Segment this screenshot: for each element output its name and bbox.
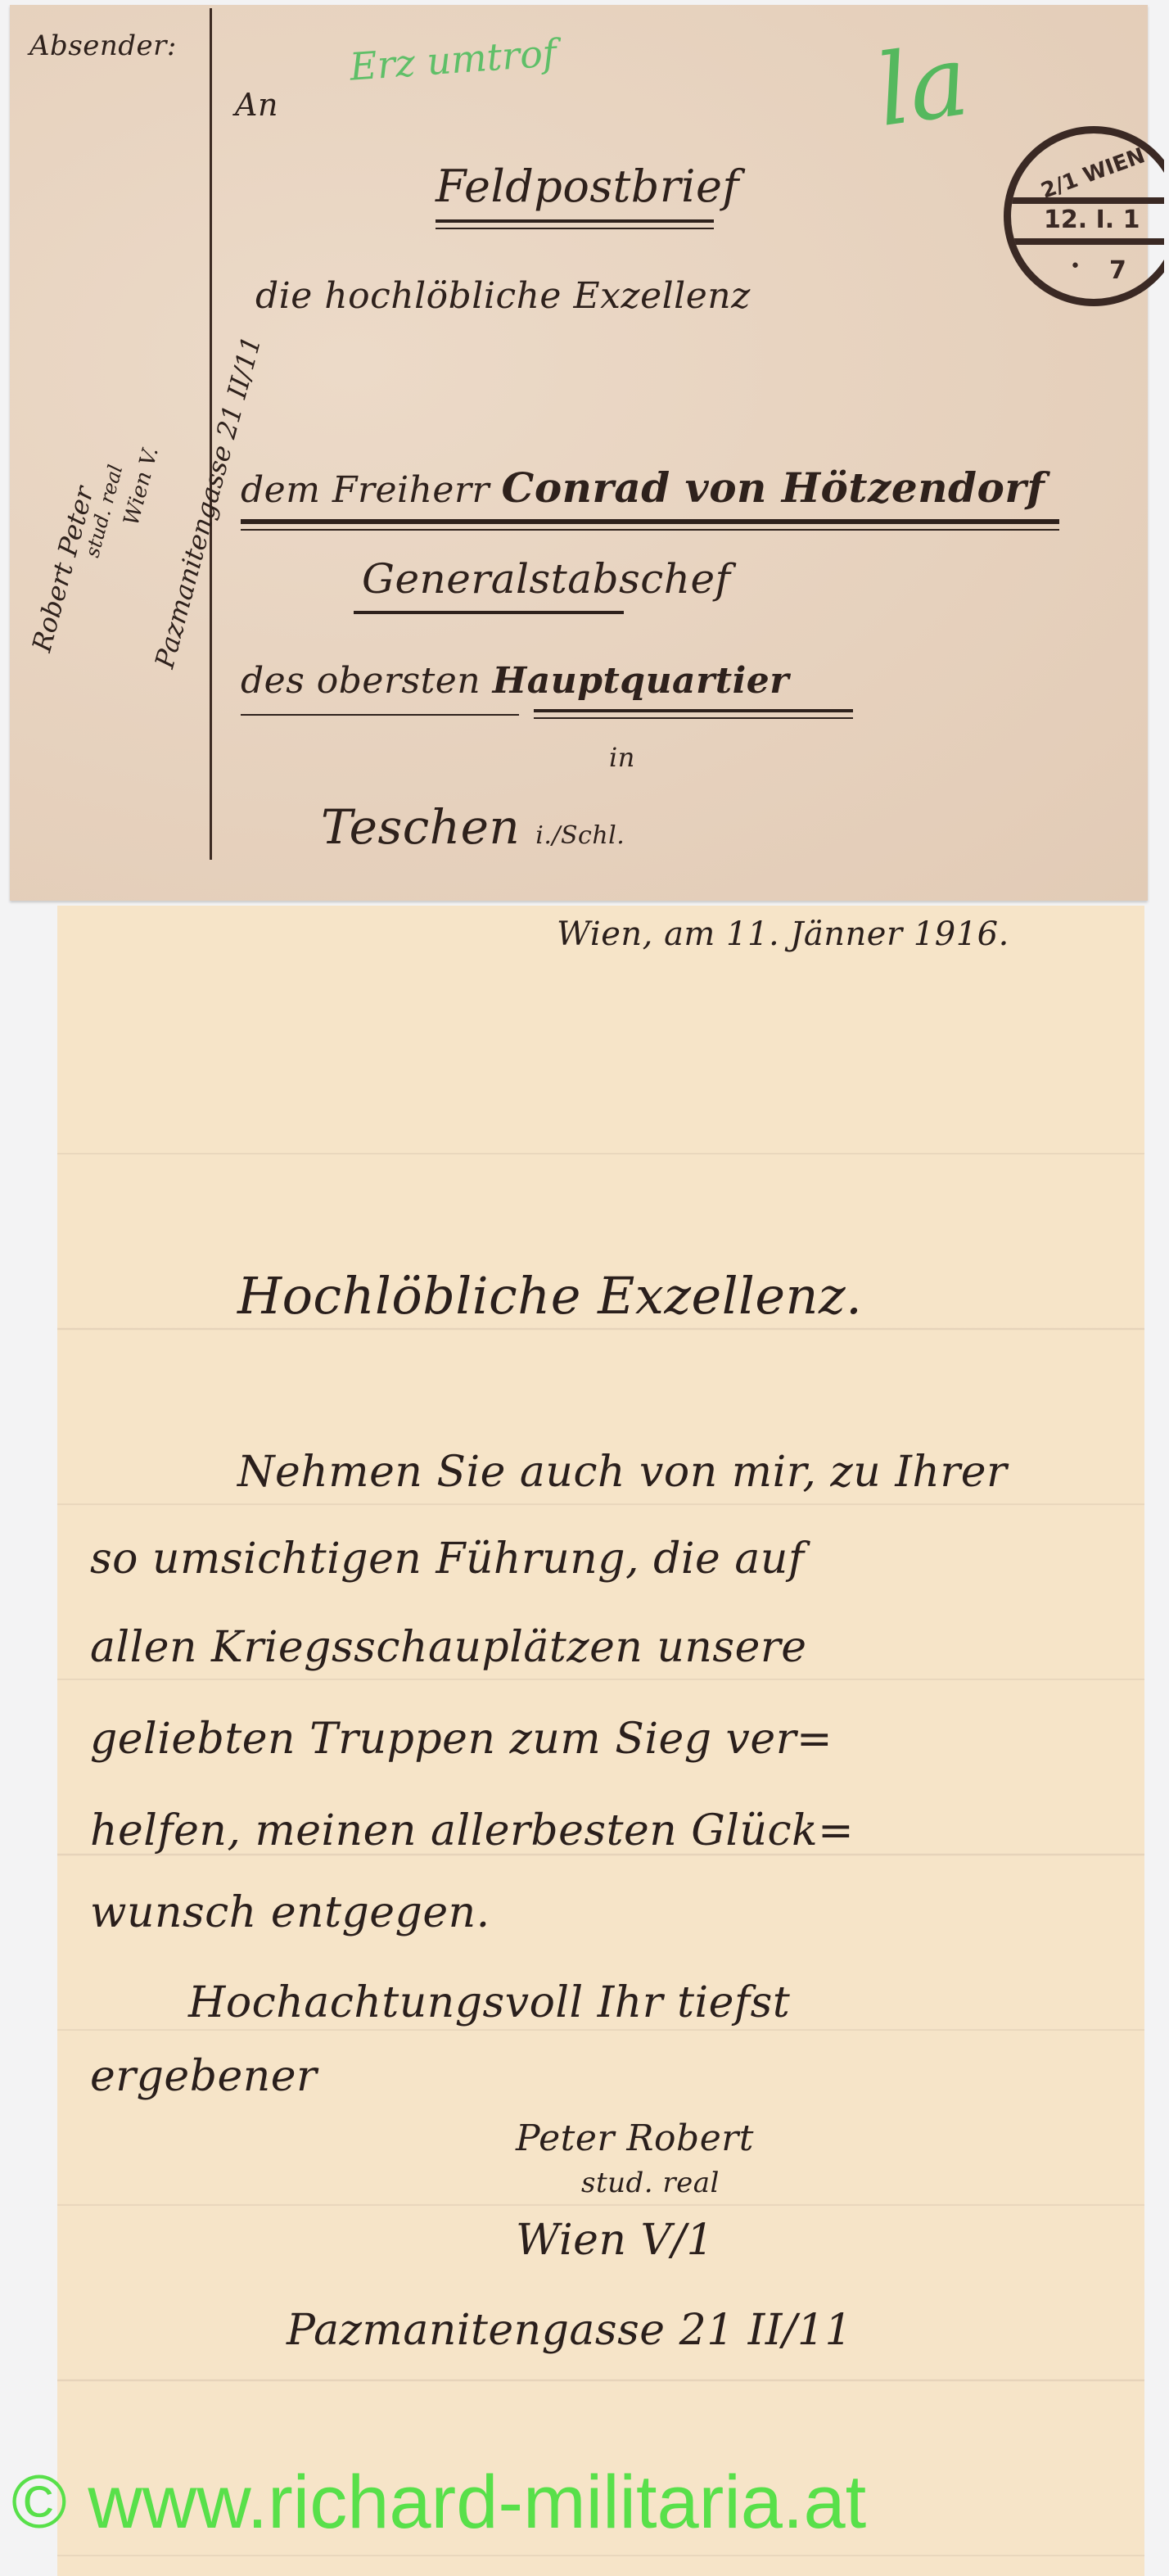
letter-sheet: Wien, am 11. Jänner 1916. Hochlöbliche E…	[57, 906, 1144, 2576]
letter-date: Wien, am 11. Jänner 1916.	[557, 915, 1009, 953]
body-line: allen Kriegsschauplätzen unsere	[90, 1623, 807, 1672]
body-line: geliebten Truppen zum Sieg ver=	[90, 1715, 833, 1764]
to-label: An	[235, 87, 278, 123]
signature-title: stud. real	[581, 2167, 720, 2199]
postmark-band-bottom	[1011, 238, 1169, 245]
position-title: Generalstabschef	[362, 555, 731, 603]
city-name: Teschen	[321, 799, 520, 855]
city-suffix: i./Schl.	[535, 821, 625, 850]
position-prefix: des obersten	[241, 660, 481, 702]
position-place-underline	[534, 709, 853, 719]
postmark-number: 7	[1109, 256, 1126, 285]
green-pencil-mark: la	[870, 24, 975, 149]
signature-name: Peter Robert	[516, 2117, 754, 2159]
letter-greeting: Hochlöbliche Exzellenz.	[237, 1266, 862, 1326]
green-pencil-annotation: Erz umtrof	[348, 30, 557, 89]
postmark-town: 2/1 WIEN	[1038, 143, 1149, 204]
postmark-date: 12. I. 1	[1044, 206, 1140, 234]
destination-city: Teschen i./Schl.	[321, 799, 625, 855]
feldpostbrief-heading: Feldpostbrief	[436, 160, 739, 212]
recipient-prefix: dem Freiherr	[241, 469, 490, 511]
body-line: Nehmen Sie auch von mir, zu Ihrer	[237, 1448, 1007, 1497]
copyright-watermark: © www.richard-militaria.at	[11, 2465, 1166, 2540]
sender-name: Robert Peter	[26, 483, 100, 655]
envelope-salutation: die hochlöbliche Exzellenz	[255, 275, 751, 317]
closing-line: Hochachtungsvoll Ihr tiefst	[188, 1978, 790, 2027]
body-line: helfen, meinen allerbesten Glück=	[90, 1806, 854, 1855]
recipient-underline	[241, 519, 1059, 524]
recipient-line: dem Freiherr Conrad von Hötzendorf	[241, 463, 1045, 512]
heading-underline	[436, 219, 714, 229]
closing-line-2: ergebener	[90, 2052, 317, 2101]
signature-address: Pazmanitengasse 21 II/11	[287, 2306, 852, 2355]
sender-address-block: Robert Peter stud. real Wien V. Pazmanit…	[18, 193, 206, 668]
sender-label: Absender:	[29, 29, 177, 62]
postmark-band-top	[1011, 197, 1169, 204]
sender-city: Wien V.	[120, 445, 164, 528]
recipient-name: Conrad von Hötzendorf	[502, 463, 1045, 512]
body-line: wunsch entgegen.	[90, 1888, 490, 1937]
signature-city: Wien V/1	[516, 2216, 714, 2265]
body-line: so umsichtigen Führung, die auf	[90, 1534, 805, 1584]
position-place: Hauptquartier	[493, 660, 789, 702]
in-word: in	[609, 742, 635, 773]
postmark-star-icon: •	[1070, 256, 1081, 277]
recipient-underline-2	[241, 529, 1059, 531]
position-title-underline	[354, 611, 624, 614]
position-prefix-underline	[241, 714, 519, 716]
position-line: des obersten Hauptquartier	[241, 660, 789, 702]
postmark-stamp: 2/1 WIEN 12. I. 1 • 7	[1004, 126, 1169, 306]
envelope: Absender: Robert Peter stud. real Wien V…	[10, 5, 1148, 901]
